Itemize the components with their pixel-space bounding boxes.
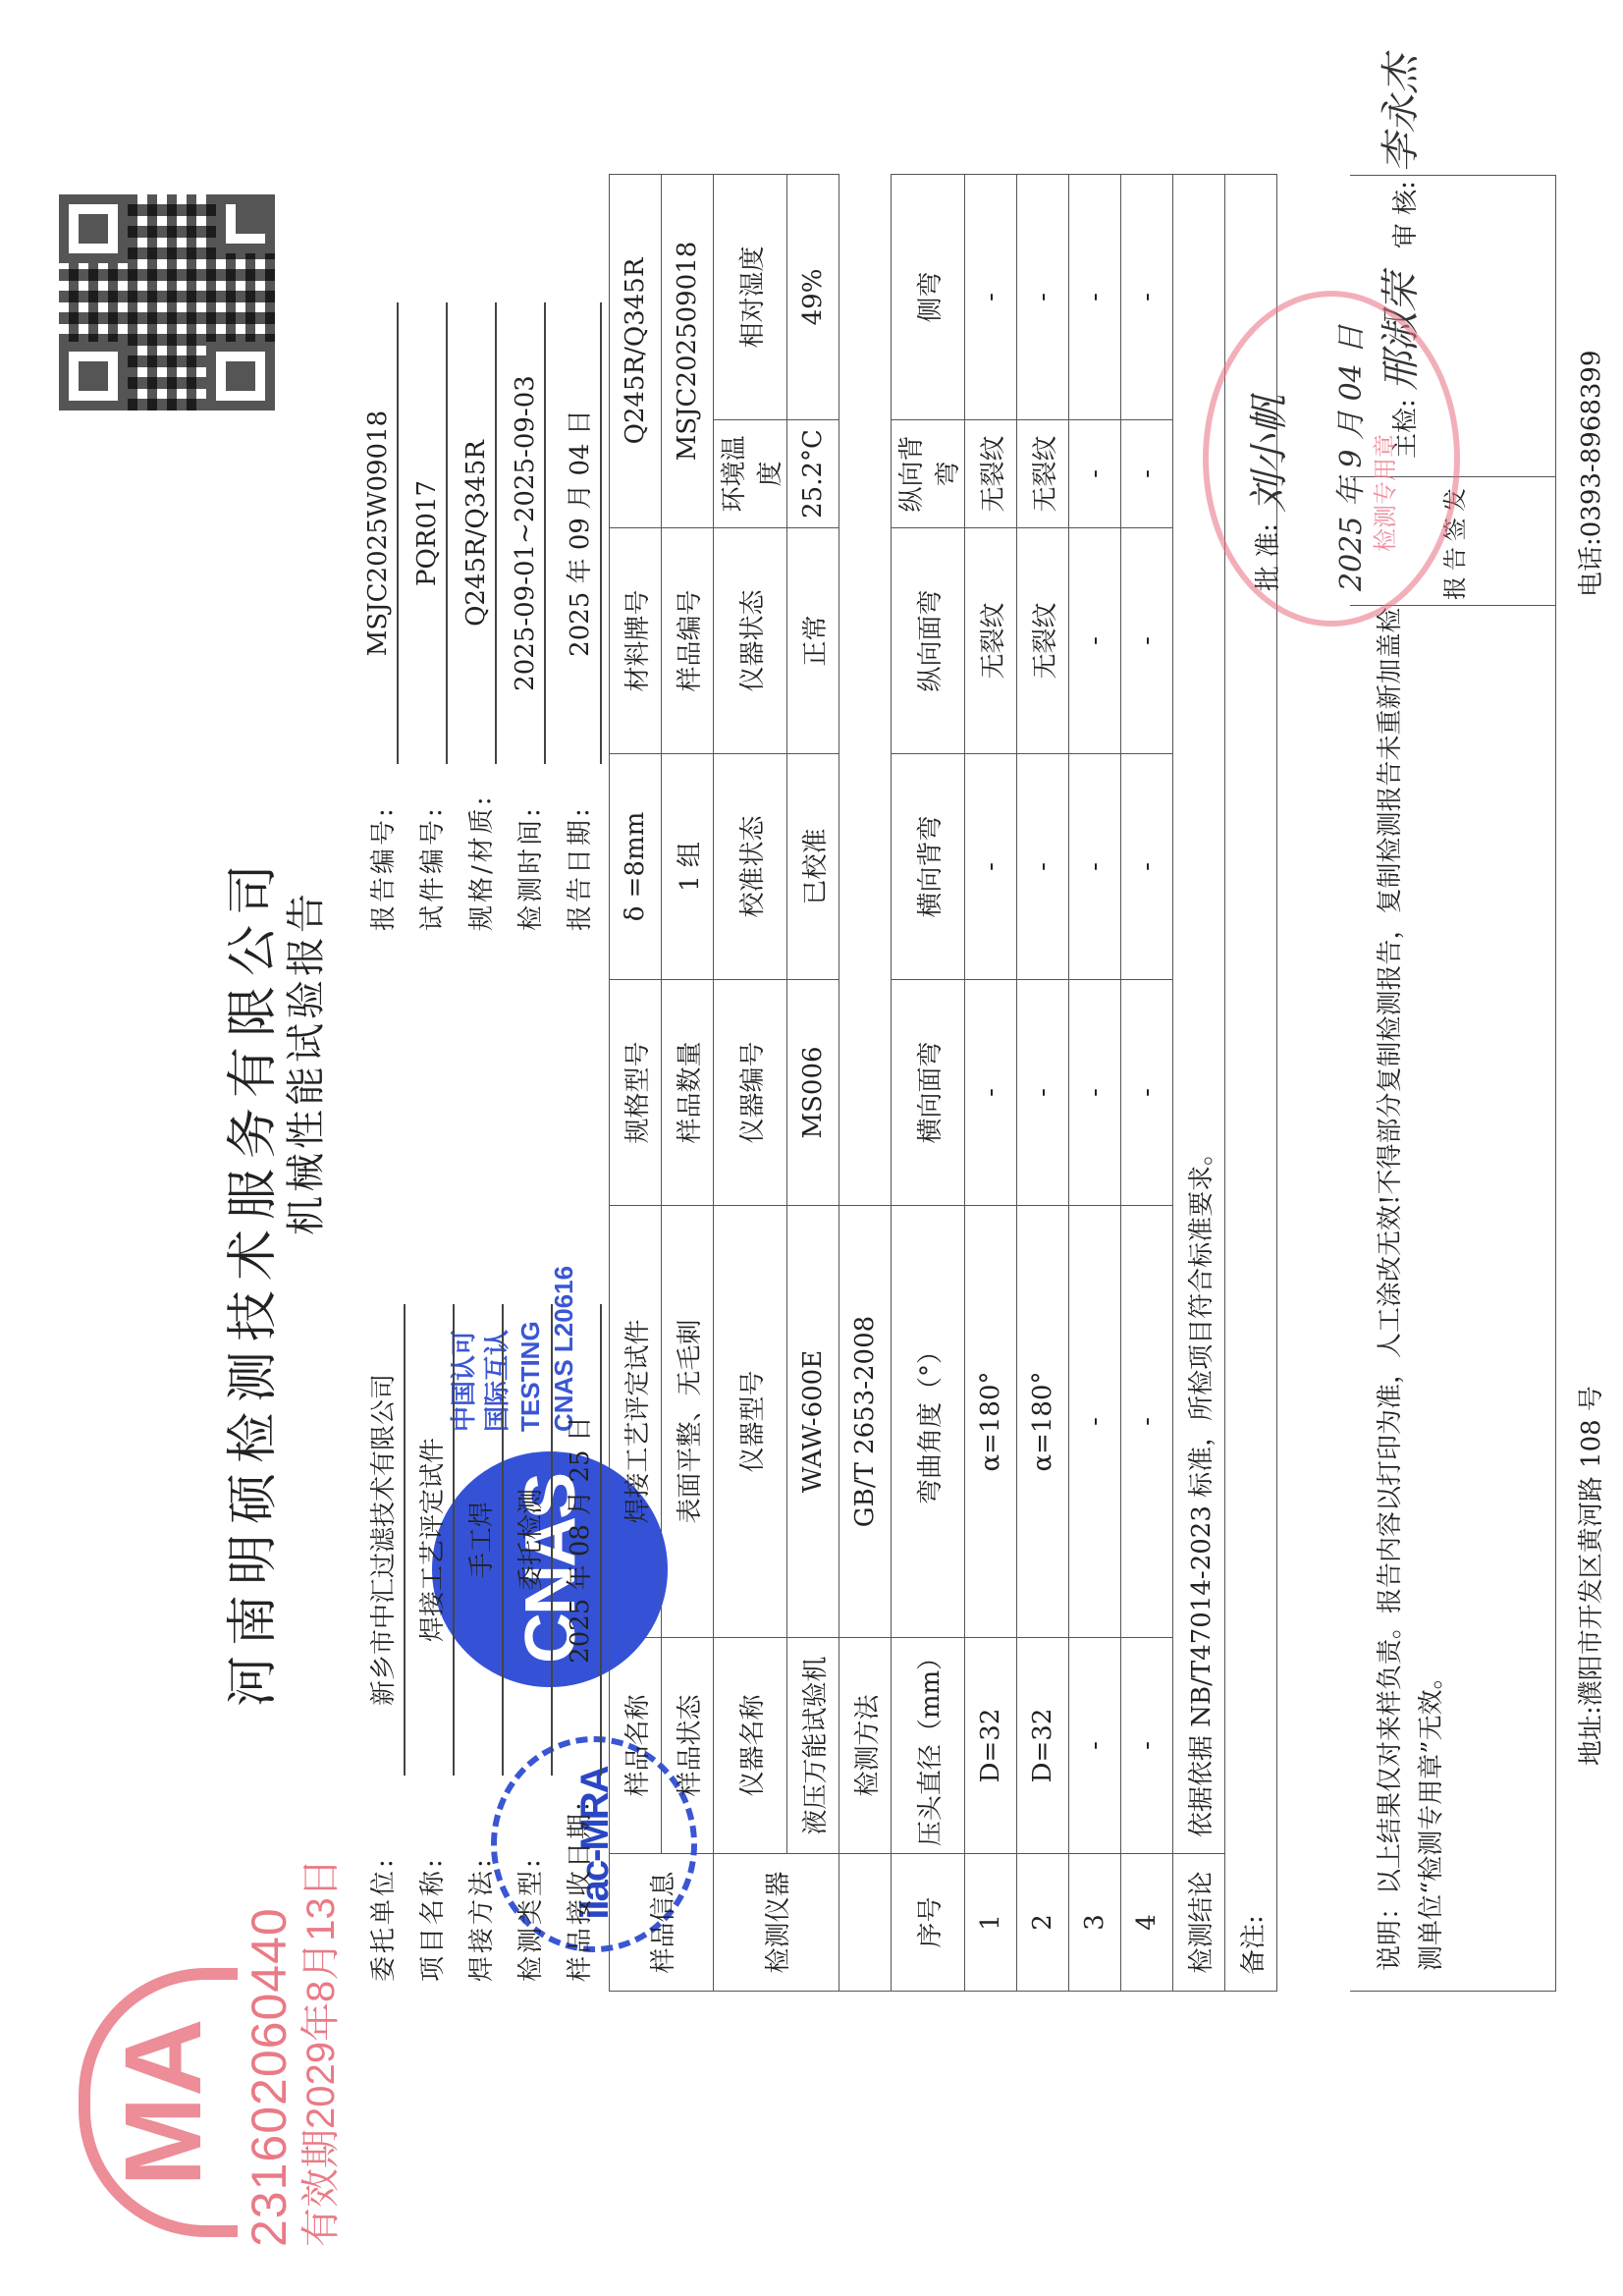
method-row: 检测方法 GB/T 2653-2008: [839, 174, 892, 1991]
instrument-header-row: 检测仪器 仪器名称 仪器型号 仪器编号 校准状态 仪器状态 环境温度 相对湿度: [714, 174, 787, 1991]
test-type-value: 委托检测: [511, 1304, 553, 1776]
method-label: 检测方法: [839, 1638, 892, 1854]
info-label: 项目名称:: [412, 1856, 449, 1982]
project-value: 焊接工艺评定试件: [412, 1304, 455, 1776]
weld-method-value: 手工焊: [461, 1304, 504, 1776]
info-label: 报告编号:: [363, 805, 400, 931]
info-label: 规格/材质:: [461, 793, 498, 931]
test-report-page: MA 231602060440 有效期2029年8月13日 ilac-MRA C…: [0, 0, 1623, 2296]
info-label: 样品接收日期:: [560, 1799, 596, 1982]
info-label: 试件编号:: [412, 805, 449, 931]
report-date-value: 2025 年 09 月 04 日: [560, 302, 602, 764]
info-label: 报告日期:: [560, 805, 596, 931]
info-label: 焊接方法:: [461, 1856, 498, 1982]
reviewer-signature: 李永杰: [1379, 55, 1424, 173]
table-row: 1D=32α=180°--无裂纹无裂纹-: [965, 174, 1017, 1991]
section-label: 检测仪器: [714, 1854, 839, 1992]
client-value: 新乡市中汇过滤技术有限公司: [363, 1304, 406, 1776]
info-label: 委托单位:: [363, 1856, 400, 1982]
report-number-value: MSJC2025W09018: [363, 302, 399, 764]
disclaimer-text: 说明：以上结果仅对来样负责。报告内容以打印为准，人工涂改无效!不得部分复制检测报…: [1370, 596, 1452, 1971]
test-period-value: 2025-09-01~2025-09-03: [511, 302, 546, 764]
footer-phone: 电话:0393-8968399: [1571, 350, 1607, 597]
material-value: Q245R/Q345R: [461, 302, 497, 764]
specimen-number-value: PQR017: [412, 302, 448, 764]
sample-row: 样品信息 样品名称 焊接工艺评定试件 规格型号 δ =8mm 材料牌号 Q245…: [610, 174, 662, 1991]
info-label: 检测时间:: [511, 805, 547, 931]
table-row: 4-------: [1121, 174, 1173, 1991]
table-row: 3-------: [1069, 174, 1121, 1991]
results-table: 样品信息 样品名称 焊接工艺评定试件 规格型号 δ =8mm 材料牌号 Q245…: [609, 174, 1277, 1992]
method-value: GB/T 2653-2008: [839, 1205, 892, 1637]
conclusion-label: 检测结论: [1173, 1854, 1225, 1992]
footer-address: 地址:濮阳市开发区黄河路 108 号: [1571, 1386, 1607, 1766]
table-row: 2D=32α=180°--无裂纹无裂纹-: [1017, 174, 1069, 1991]
section-label: 样品信息: [610, 1854, 714, 1992]
official-seal: 批 准: 刘小帆 2025 年 9 月 04 日 检测专用章: [1203, 291, 1460, 627]
report-info: 委托单位: 新乡市中汇过滤技术有限公司 项目名称: 焊接工艺评定试件 焊接方法:…: [0, 0, 609, 2296]
info-label: 检测类型:: [511, 1856, 547, 1982]
sample-row: 样品状态 表面平整、无毛刺 样品数量 1 组 样品编号 MSJC20250901…: [662, 174, 714, 1991]
instrument-value-row: 液压万能试验机 WAW-600E MS006 已校准 正常 25.2°C 49%: [787, 174, 839, 1991]
seal-text: 检测专用章: [1366, 434, 1400, 552]
results-header-row: 序号 压头直径（mm） 弯曲角度（°） 横向面弯 横向背弯 纵向面弯 纵向背弯 …: [892, 174, 965, 1991]
receive-date-value: 2025 年 08 月 25 日: [560, 1304, 602, 1776]
approval-date: 2025 年 9 月 04 日: [1326, 325, 1370, 591]
approver-signature: 刘小帆: [1238, 395, 1294, 513]
